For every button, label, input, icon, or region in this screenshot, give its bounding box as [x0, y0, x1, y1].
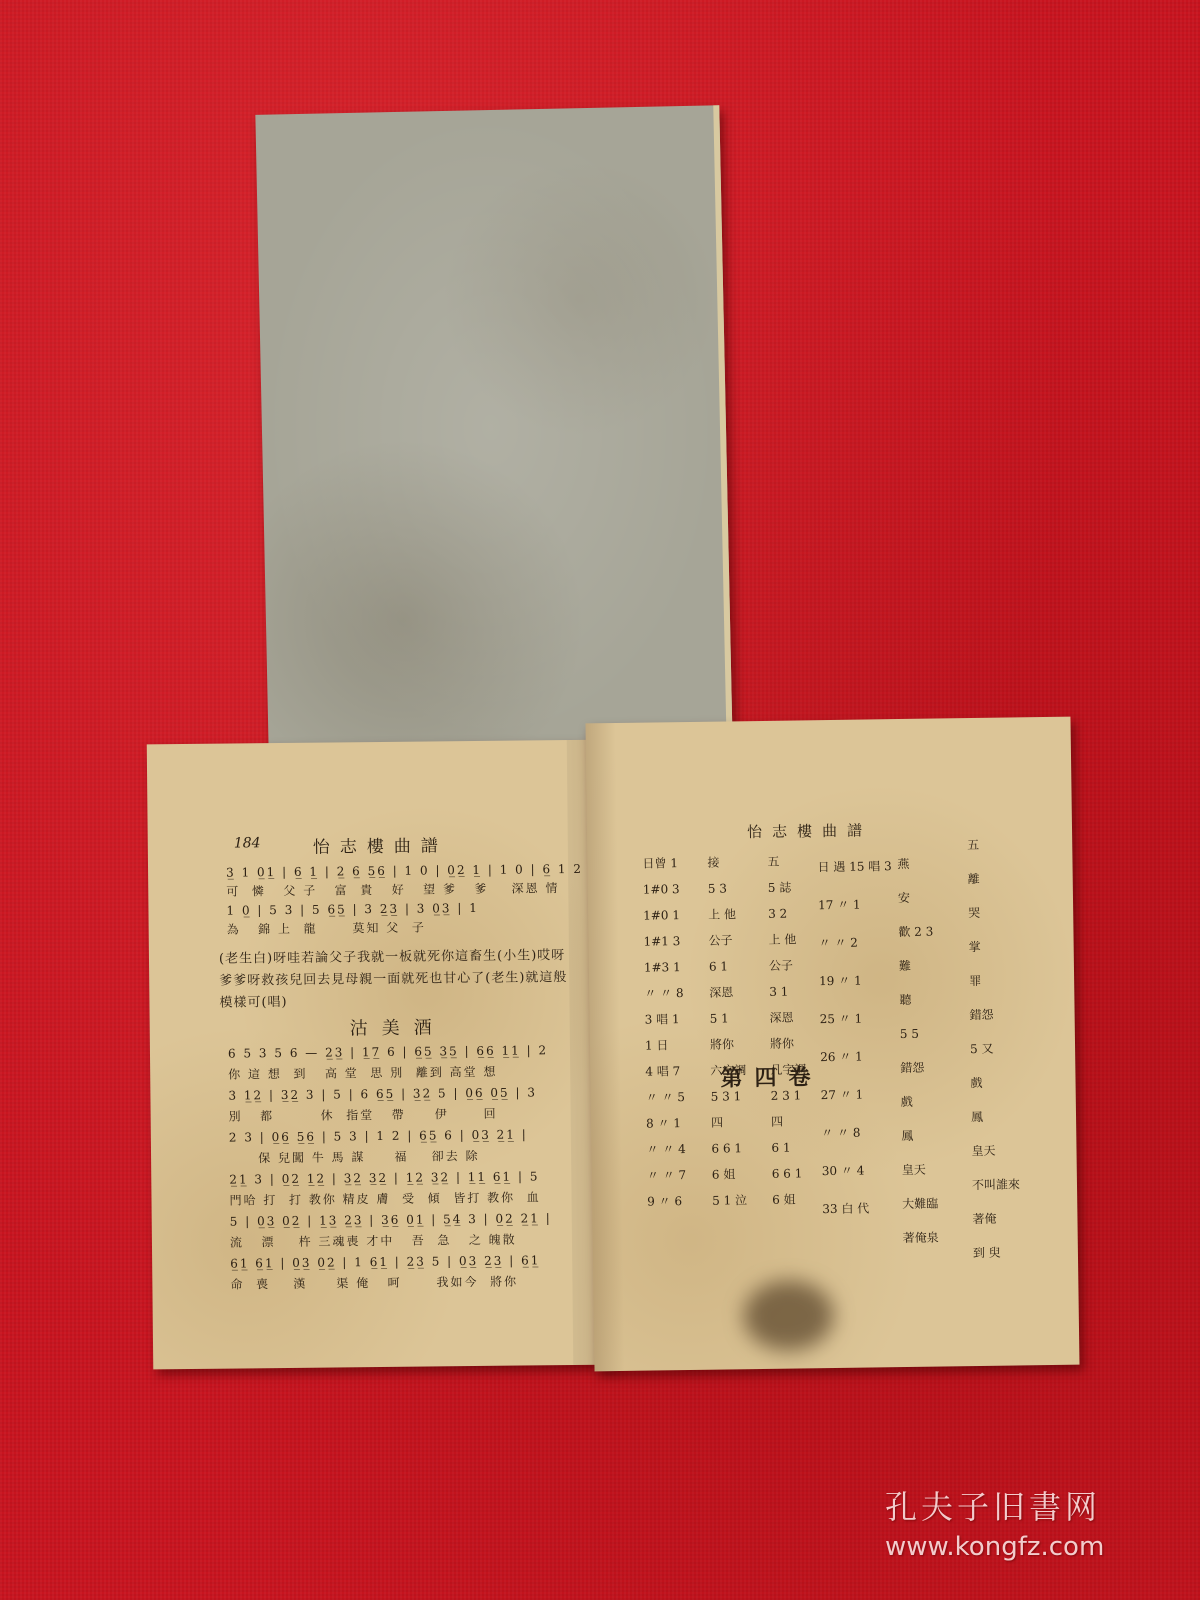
index-column-5: 燕安歡 2 3難聽5 5錯怨戲鳳皇天大難臨著俺泉	[897, 847, 939, 1255]
watermark-chinese: 孔夫子旧書网	[885, 1482, 1104, 1528]
index-column-2: 接5 3上 他公子6 1深恩5 1將你六字調5 3 1四6 6 16 姐5 1 …	[707, 849, 748, 1213]
page-title: 怡志樓曲譜	[747, 819, 872, 842]
index-column-1: 日曾 11#0 31#0 11#1 31#3 1〃 〃 83 唱 11 日4 唱…	[642, 850, 686, 1215]
song-notation: 6 5 3 5 6 — 2̲3̲ | 1̲7̲ 6 | 6̲5̲ 3̲5̲ | …	[228, 1040, 553, 1295]
right-open-book-page: 怡志樓曲譜 第四卷 日曾 11#0 31#0 11#1 31#3 1〃 〃 83…	[585, 717, 1079, 1372]
page-title: 怡志樓曲譜	[313, 831, 448, 857]
notation-block-top: 3̲ 1 0̲1̲ | 6̲ 1̲ | 2̲ 6̲ 5̲6̲ | 1 0 | 0…	[226, 860, 596, 940]
page-number: 184	[234, 835, 261, 851]
dialogue-text: (老生白)呀哇若論父子我就一板就死你這畜生(小生)哎呀爹爹呀救孩兒回去見母親一面…	[219, 945, 575, 1015]
song-title: 沽美酒	[350, 1013, 446, 1040]
left-open-book-page: 184 怡志樓曲譜 3̲ 1 0̲1̲ | 6̲ 1̲ | 2̲ 6̲ 5̲6̲…	[147, 740, 614, 1370]
index-column-3: 五5 誌3 2上 他公子3 1深恩將你凡字調2 3 1四6 16 6 16 姐	[767, 848, 808, 1212]
ink-stain	[743, 1280, 834, 1351]
watermark: 孔夫子旧書网 www.kongfz.com	[885, 1482, 1104, 1562]
book-cover-plain	[255, 105, 732, 755]
index-column-6: 五離哭掌罪錯怨5 又戲鳳皇天不叫誰來著俺到 臾	[967, 827, 1021, 1270]
watermark-url: www.kongfz.com	[885, 1532, 1104, 1562]
index-column-4: 日 遇 15 唱 317 〃 1〃 〃 219 〃 125 〃 126 〃 12…	[817, 847, 896, 1228]
